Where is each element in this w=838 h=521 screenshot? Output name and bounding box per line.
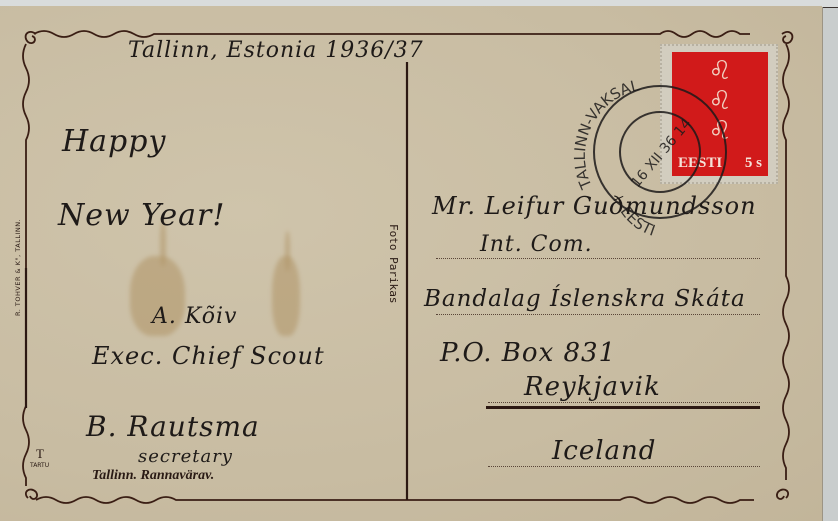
- postcard: Tallinn, Estonia 1936/37 Happy New Year!…: [0, 6, 822, 521]
- address-dotted-line: [436, 258, 760, 259]
- address-underline: [486, 406, 760, 409]
- address-line2: Int. Com.: [480, 232, 593, 257]
- address-dotted-line: [488, 466, 760, 467]
- address-line4: P.O. Box 831: [440, 338, 616, 368]
- printer-city: TARTU: [30, 462, 49, 469]
- printer-mark: T: [36, 446, 44, 462]
- address-line3: Bandalag Íslenskra Skáta: [424, 286, 746, 312]
- address-dotted-line: [436, 314, 760, 315]
- stamp-country: EESTI: [678, 155, 722, 172]
- postage-stamp: ♌♌♌ EESTI 5 s: [672, 52, 768, 176]
- greeting-line1: Happy: [62, 124, 166, 159]
- address-line6: Iceland: [552, 436, 656, 466]
- photographer-credit: Foto Parikas: [387, 224, 400, 303]
- stamp-value: 5 s: [745, 155, 762, 172]
- signature-rautsma: B. Rautsma: [86, 410, 260, 443]
- signature-rautsma-title: secretary: [138, 446, 233, 467]
- signature-koiv: A. Kõiv: [152, 304, 237, 329]
- address-line5: Reykjavik: [524, 372, 661, 402]
- water-stain: [285, 231, 290, 271]
- signature-koiv-title: Exec. Chief Scout: [92, 342, 325, 370]
- dateline: Tallinn, Estonia 1936/37: [128, 38, 424, 63]
- publisher-credit: R. TOHVER & K°, TALLINN.: [14, 219, 22, 316]
- address-line1: Mr. Leifur Guðmundsson: [432, 192, 757, 220]
- address-dotted-line: [488, 402, 760, 403]
- greeting-line2: New Year!: [58, 198, 225, 233]
- three-lions-icon: ♌♌♌: [682, 56, 758, 146]
- photo-caption: Tallinn. Rannavärav.: [92, 468, 214, 484]
